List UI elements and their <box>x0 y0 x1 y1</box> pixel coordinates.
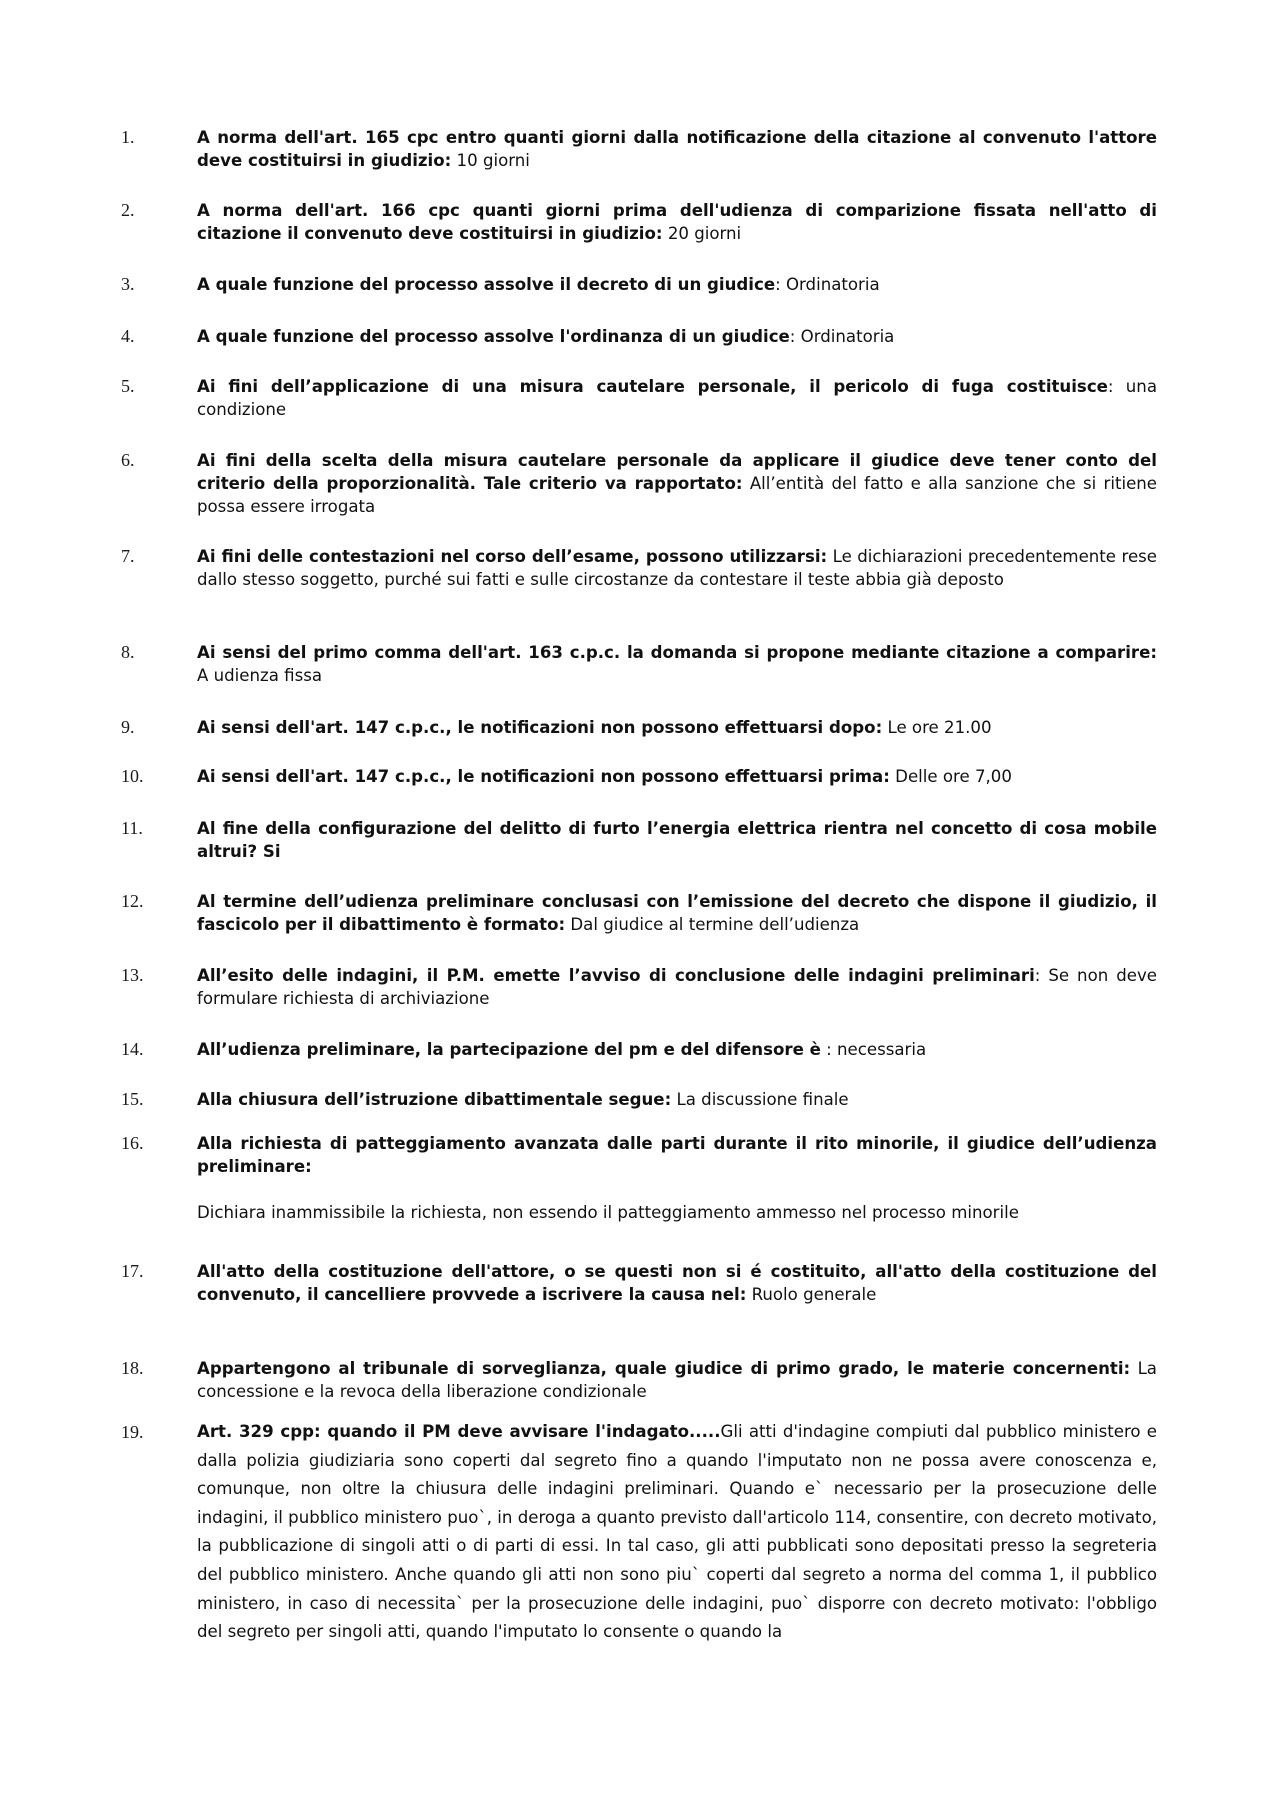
item-text: Ai fini delle contestazioni nel corso de… <box>197 545 1157 591</box>
document-page: 1. A norma dell'art. 165 cpc entro quant… <box>0 0 1280 1811</box>
question: Alla richiesta di patteggiamento avanzat… <box>197 1134 1157 1176</box>
item-number: 7. <box>121 545 135 568</box>
item-text: Al termine dell’udienza preliminare conc… <box>197 890 1157 936</box>
question: A norma dell'art. 165 cpc entro quanti g… <box>197 128 1157 170</box>
question: All’esito delle indagini, il P.M. emette… <box>197 966 1035 985</box>
item-number: 11. <box>121 817 143 840</box>
answer: Ruolo generale <box>746 1285 876 1304</box>
question: Ai sensi dell'art. 147 c.p.c., le notifi… <box>197 718 882 737</box>
question: All'atto della costituzione dell'attore,… <box>197 1262 1157 1304</box>
item-number: 1. <box>121 126 135 149</box>
question: Ai fini delle contestazioni nel corso de… <box>197 547 827 566</box>
item-text: A quale funzione del processo assolve l'… <box>197 325 1157 348</box>
item-number: 14. <box>121 1038 144 1061</box>
question: All’udienza preliminare, la partecipazio… <box>197 1040 821 1059</box>
item-text: A norma dell'art. 165 cpc entro quanti g… <box>197 126 1157 172</box>
question: Ai sensi del primo comma dell'art. 163 c… <box>197 643 1157 662</box>
item-number: 5. <box>121 375 135 398</box>
item-text: Ai sensi del primo comma dell'art. 163 c… <box>197 641 1157 687</box>
item-number: 19. <box>121 1418 144 1447</box>
item-number: 8. <box>121 641 135 664</box>
item-text: Alla richiesta di patteggiamento avanzat… <box>197 1132 1157 1178</box>
item-text: All’udienza preliminare, la partecipazio… <box>197 1038 1157 1061</box>
item-text: Al fine della configurazione del delitto… <box>197 817 1157 863</box>
item-number: 6. <box>121 449 135 472</box>
answer: Dal giudice al termine dell’udienza <box>565 915 859 934</box>
item-16-answer: Dichiara inammissibile la richiesta, non… <box>197 1201 1157 1224</box>
item-text: Ai fini dell’applicazione di una misura … <box>197 375 1157 421</box>
answer: Gli atti d'indagine compiuti dal pubblic… <box>197 1422 1157 1641</box>
item-number: 9. <box>121 716 135 739</box>
answer: : Ordinatoria <box>790 327 895 346</box>
answer: 20 giorni <box>663 224 742 243</box>
question: Appartengono al tribunale di sorveglianz… <box>197 1359 1130 1378</box>
question: A quale funzione del processo assolve il… <box>197 275 775 294</box>
item-text: Ai fini della scelta della misura cautel… <box>197 449 1157 518</box>
answer: La discussione finale <box>671 1090 848 1109</box>
answer: 10 giorni <box>451 151 530 170</box>
item-number: 16. <box>121 1132 144 1155</box>
question: Ai sensi dell'art. 147 c.p.c., le notifi… <box>197 767 890 786</box>
item-number: 18. <box>121 1357 144 1380</box>
item-number: 13. <box>121 964 144 987</box>
item-text: Ai sensi dell'art. 147 c.p.c., le notifi… <box>197 765 1157 788</box>
answer: : Ordinatoria <box>775 275 880 294</box>
answer: A udienza fissa <box>197 666 322 685</box>
question: Ai fini dell’applicazione di una misura … <box>197 377 1108 396</box>
item-number: 10. <box>121 765 144 788</box>
item-text: A quale funzione del processo assolve il… <box>197 273 1157 296</box>
item-text: Ai sensi dell'art. 147 c.p.c., le notifi… <box>197 716 1157 739</box>
item-number: 3. <box>121 273 135 296</box>
question: Art. 329 cpp: quando il PM deve avvisare… <box>197 1422 721 1441</box>
answer: Delle ore 7,00 <box>890 767 1012 786</box>
item-number: 4. <box>121 325 135 348</box>
item-number: 15. <box>121 1088 144 1111</box>
item-number: 12. <box>121 890 144 913</box>
question: Al fine della configurazione del delitto… <box>197 819 1157 861</box>
answer: Le ore 21.00 <box>882 718 991 737</box>
item-text: A norma dell'art. 166 cpc quanti giorni … <box>197 199 1157 245</box>
answer: : necessaria <box>821 1040 926 1059</box>
item-number: 2. <box>121 199 135 222</box>
item-text: All’esito delle indagini, il P.M. emette… <box>197 964 1157 1010</box>
item-number: 17. <box>121 1260 144 1283</box>
question: Alla chiusura dell’istruzione dibattimen… <box>197 1090 671 1109</box>
item-text: All'atto della costituzione dell'attore,… <box>197 1260 1157 1306</box>
item-text: Appartengono al tribunale di sorveglianz… <box>197 1357 1157 1403</box>
item-text: Art. 329 cpp: quando il PM deve avvisare… <box>197 1418 1157 1647</box>
item-text: Alla chiusura dell’istruzione dibattimen… <box>197 1088 1157 1111</box>
question: A quale funzione del processo assolve l'… <box>197 327 790 346</box>
